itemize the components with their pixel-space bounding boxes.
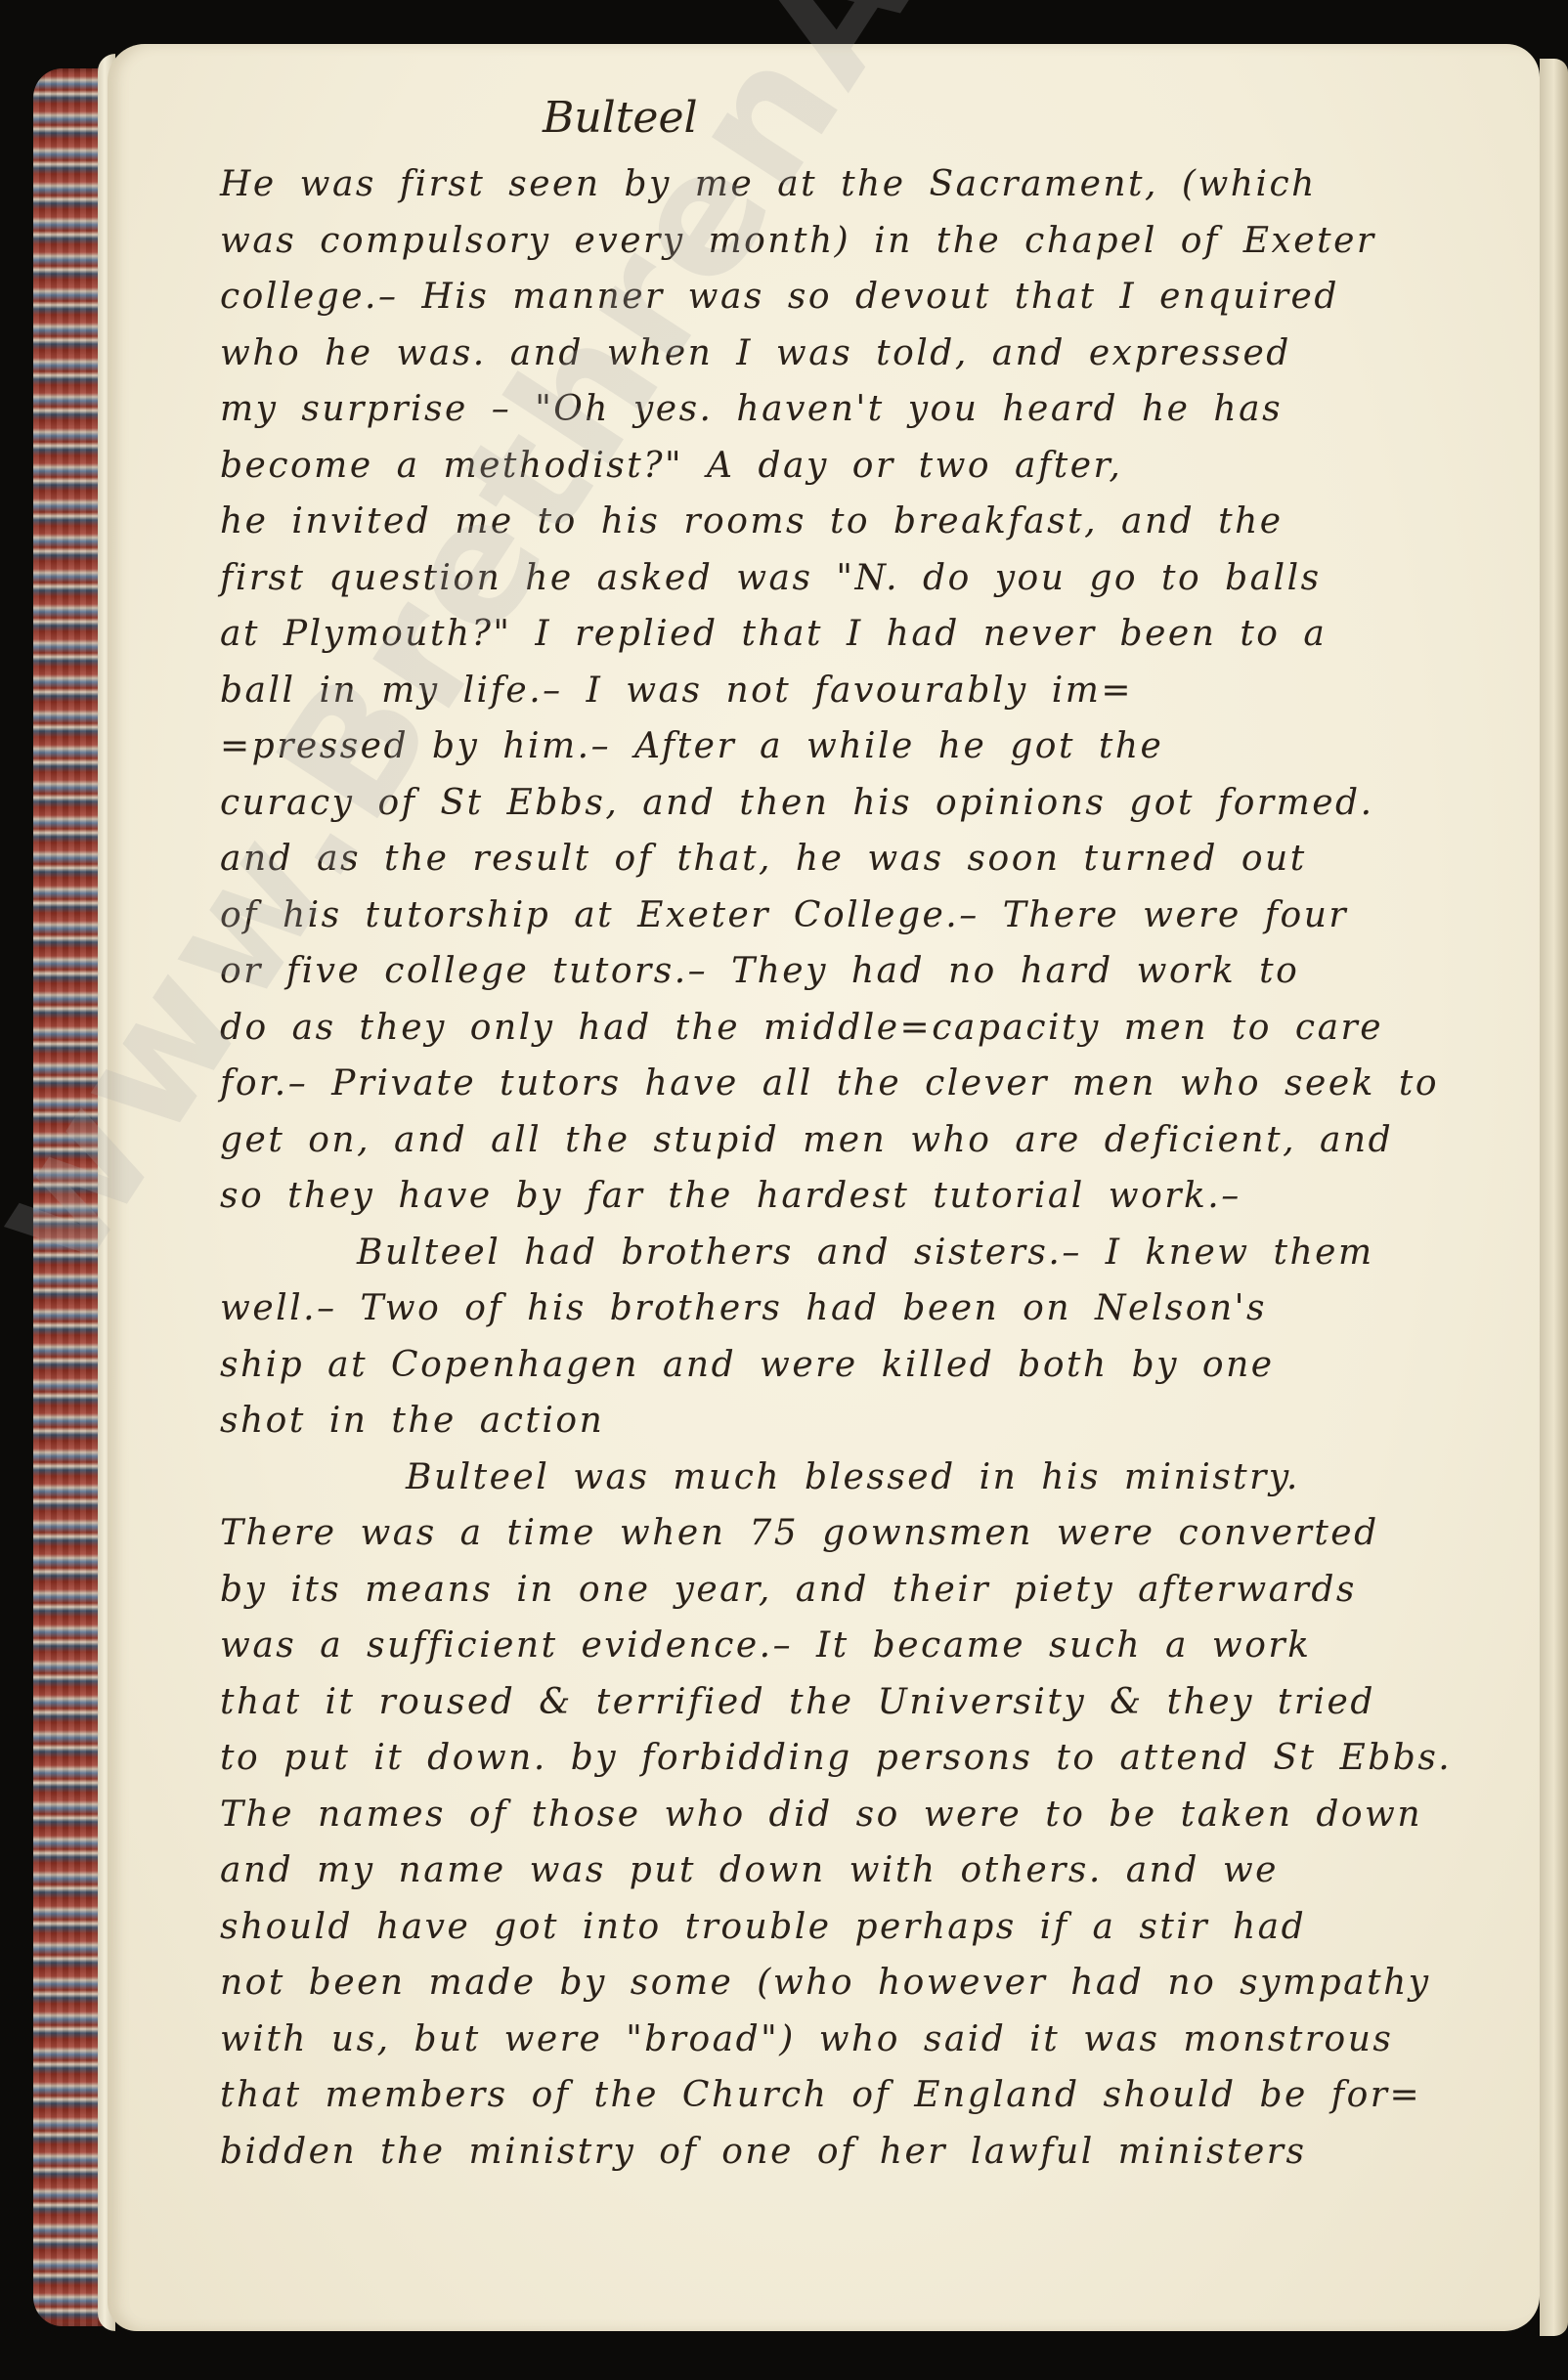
text-line-indented: Bulteel was much blessed in his ministry… xyxy=(220,1450,1530,1506)
text-line: so they have by far the hardest tutorial… xyxy=(220,1168,1530,1225)
page-title: Bulteel xyxy=(543,93,698,143)
text-line: ball in my life.– I was not favourably i… xyxy=(220,663,1530,719)
text-line: curacy of St Ebbs, and then his opinions… xyxy=(220,775,1530,832)
text-line: ship at Copenhagen and were killed both … xyxy=(220,1337,1530,1394)
text-line: There was a time when 75 gownsmen were c… xyxy=(220,1505,1530,1562)
text-line: college.– His manner was so devout that … xyxy=(220,269,1530,325)
text-line: for.– Private tutors have all the clever… xyxy=(220,1056,1530,1112)
text-line: who he was. and when I was told, and exp… xyxy=(220,325,1530,382)
page-stack-edge-right xyxy=(1540,59,1568,2336)
text-line: that it roused & terrified the Universit… xyxy=(220,1674,1530,1731)
text-line: to put it down. by forbidding persons to… xyxy=(220,1730,1530,1787)
text-line: my surprise – "Oh yes. haven't you heard… xyxy=(220,381,1530,438)
text-line: become a methodist?" A day or two after, xyxy=(220,438,1530,495)
text-line: first question he asked was "N. do you g… xyxy=(220,550,1530,607)
text-line: He was first seen by me at the Sacrament… xyxy=(220,156,1530,213)
text-line: and my name was put down with others. an… xyxy=(220,1842,1530,1899)
text-line: that members of the Church of England sh… xyxy=(220,2067,1530,2124)
text-line: with us, but were "broad") who said it w… xyxy=(220,2012,1530,2068)
text-line: or five college tutors.– They had no har… xyxy=(220,943,1530,1000)
text-line: should have got into trouble perhaps if … xyxy=(220,1899,1530,1956)
text-line: he invited me to his rooms to breakfast,… xyxy=(220,494,1530,550)
text-line: by its means in one year, and their piet… xyxy=(220,1562,1530,1619)
text-line: shot in the action xyxy=(220,1393,1530,1450)
text-line: bidden the ministry of one of her lawful… xyxy=(220,2124,1530,2181)
marbled-book-edge xyxy=(33,68,108,2326)
text-line: at Plymouth?" I replied that I had never… xyxy=(220,606,1530,663)
text-line: and as the result of that, he was soon t… xyxy=(220,831,1530,887)
manuscript-text: He was first seen by me at the Sacrament… xyxy=(220,156,1530,2180)
text-line: well.– Two of his brothers had been on N… xyxy=(220,1280,1530,1337)
text-line: =pressed by him.– After a while he got t… xyxy=(220,718,1530,775)
text-line: get on, and all the stupid men who are d… xyxy=(220,1112,1530,1169)
text-line: of his tutorship at Exeter College.– The… xyxy=(220,887,1530,944)
text-line: was a sufficient evidence.– It became su… xyxy=(220,1618,1530,1674)
text-line-indented: Bulteel had brothers and sisters.– I kne… xyxy=(220,1225,1530,1281)
text-line: do as they only had the middle=capacity … xyxy=(220,1000,1530,1057)
text-line: The names of those who did so were to be… xyxy=(220,1787,1530,1843)
text-line: not been made by some (who however had n… xyxy=(220,1955,1530,2012)
text-line: was compulsory every month) in the chape… xyxy=(220,213,1530,270)
